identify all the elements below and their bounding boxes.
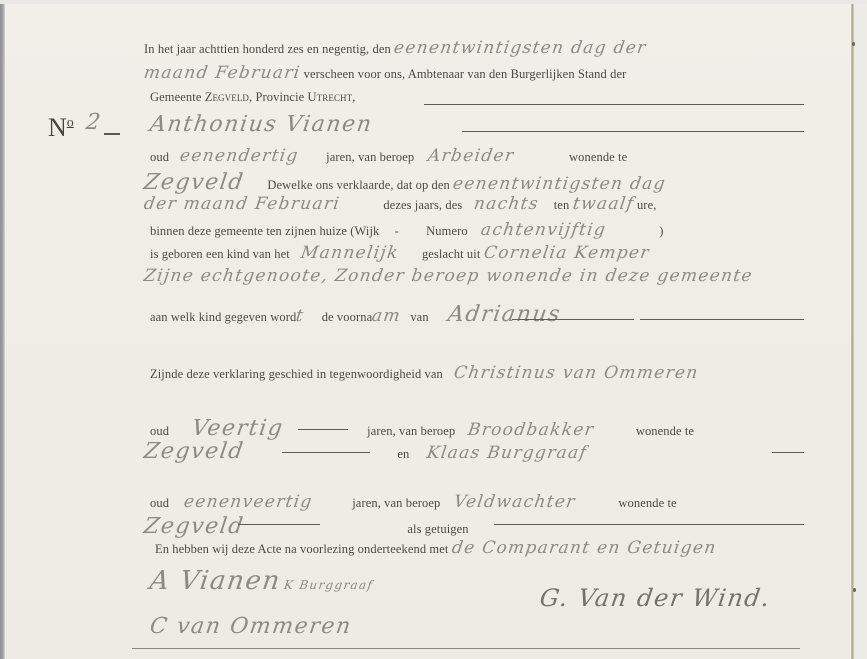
printed-text: ure, xyxy=(637,198,657,212)
handwritten-date: eenentwintigsten dag der xyxy=(393,38,648,58)
printed-text: aan welk kind gegeven word xyxy=(150,310,296,324)
birth-day: eenentwintigsten dag xyxy=(452,174,668,194)
fill-in-rule xyxy=(640,319,804,320)
witness-1-residence: Zegveld xyxy=(142,439,246,464)
printed-text: Dewelke ons verklaarde, dat op den xyxy=(267,178,450,192)
line-10: Zijne echtgenoote, Zonder beroep wonende… xyxy=(144,266,753,286)
printed-text: geslacht uit xyxy=(422,247,480,261)
child-sex: Mannelijk xyxy=(300,243,400,263)
declarant-name: Anthonius Vianen xyxy=(148,112,374,137)
line-1: In het jaar achttien honderd zes en nege… xyxy=(144,38,647,58)
closing-rule xyxy=(132,648,800,649)
printed-text: is geboren een kind van het xyxy=(150,247,290,261)
fill-in-rule xyxy=(282,452,370,453)
printed-text: jaren, van beroep xyxy=(352,496,440,510)
witness-2-residence: Zegveld xyxy=(142,514,246,539)
line-7: der maand Februari dezes jaars, des nach… xyxy=(144,194,656,214)
line-6: Zegveld Dewelke ons verklaarde, dat op d… xyxy=(144,170,666,195)
wijk-value: - xyxy=(395,224,399,238)
printed-text: ten xyxy=(554,198,570,212)
line-4: Anthonius Vianen xyxy=(150,112,373,137)
record-number-label: No xyxy=(48,113,74,143)
line-16: Zegveld als getuigen xyxy=(144,514,469,539)
printed-text: dezes jaars, des xyxy=(383,198,462,212)
printed-text: , Provincie xyxy=(249,90,307,104)
declarant-age: eenendertig xyxy=(179,146,300,166)
signatories-note: de Comparant en Getuigen xyxy=(450,538,717,558)
witness-1-name: Christinus van Ommeren xyxy=(453,363,700,383)
printed-text: de voorna xyxy=(322,310,373,324)
fill-in-rule xyxy=(424,104,804,105)
line-13: oud Veertig jaren, van beroep Broodbakke… xyxy=(150,416,694,441)
printed-text: als getuigen xyxy=(407,522,468,536)
line-2: maand Februari verscheen voor ons, Ambte… xyxy=(144,63,626,83)
line-5: oud eenendertig jaren, van beroep Arbeid… xyxy=(150,146,627,166)
line-11: aan welk kind gegeven wordt de voornaam … xyxy=(150,302,561,327)
printed-text: ) xyxy=(659,224,663,238)
mother-details: Zijne echtgenoote, Zonder beroep wonende… xyxy=(143,266,755,286)
printed-text: verscheen voor ons, Ambtenaar van den Bu… xyxy=(304,67,627,81)
signature-1-note: K Burggraaf xyxy=(283,578,374,592)
page-right-margin xyxy=(854,4,867,659)
fill-in-rule xyxy=(512,319,634,320)
fill-in-rule xyxy=(462,131,804,132)
birth-time-of-day: nachts xyxy=(472,194,540,214)
paper-speck xyxy=(852,42,855,46)
printed-text: wonende te xyxy=(569,150,627,164)
paper-speck xyxy=(853,588,856,592)
printed-text: wonende te xyxy=(618,496,676,510)
signature-3: C van Ommeren xyxy=(150,614,352,639)
mother-name: Cornelia Kemper xyxy=(482,243,651,263)
line-9: is geboren een kind van het Mannelijk ge… xyxy=(150,243,649,263)
number-dash xyxy=(104,133,120,135)
printed-text: van xyxy=(410,310,428,324)
witness-2-age: eenenveertig xyxy=(183,492,314,512)
printed-text: Gemeente xyxy=(150,90,205,104)
printed-text: en xyxy=(397,447,409,461)
line-17: En hebben wij deze Acte na voorlezing on… xyxy=(155,538,716,558)
witness-1-age: Veertig xyxy=(191,416,286,441)
page-left-edge xyxy=(0,4,5,659)
printed-text: En hebben wij deze Acte na voorlezing on… xyxy=(155,542,448,556)
birth-hour: twaalf xyxy=(571,194,635,214)
fill-in-rule xyxy=(494,524,804,525)
printed-text: oud xyxy=(150,150,169,164)
municipality-name: Zegveld xyxy=(205,90,249,104)
birth-month: der maand Februari xyxy=(143,194,342,214)
fill-in-rule xyxy=(238,524,320,525)
printed-text: binnen deze gemeente ten zijnen huize (W… xyxy=(150,224,379,238)
handwritten-month: maand Februari xyxy=(143,63,302,83)
printed-text: wonende te xyxy=(636,424,694,438)
child-first-name: Adrianus xyxy=(446,302,563,327)
fill-in-rule xyxy=(772,452,804,453)
line-3: Gemeente Zegveld, Provincie Utrecht, xyxy=(150,90,355,105)
scanned-document-page xyxy=(0,4,867,659)
printed-text: oud xyxy=(150,496,169,510)
province-name: Utrecht xyxy=(308,90,353,104)
witness-2-profession: Veldwachter xyxy=(452,492,576,512)
fill-in-rule xyxy=(298,429,348,430)
handwritten-suffix: am xyxy=(371,306,403,326)
line-12: Zijnde deze verklaring geschied in tegen… xyxy=(150,363,699,383)
printed-text: Zijnde deze verklaring geschied in tegen… xyxy=(150,367,443,381)
witness-1-profession: Broodbakker xyxy=(467,420,596,440)
printed-text: Numero xyxy=(426,224,468,238)
declarant-profession: Arbeider xyxy=(426,146,515,166)
handwritten-suffix: t xyxy=(295,306,306,326)
witness-2-name: Klaas Burggraaf xyxy=(425,443,588,463)
printed-text: , xyxy=(352,90,355,104)
line-8: binnen deze gemeente ten zijnen huize (W… xyxy=(150,220,664,240)
signature-1: A Vianen K Burggraaf xyxy=(150,566,373,596)
printed-text: In het jaar achttien honderd zes en nege… xyxy=(144,42,391,56)
house-number: achtenvijftig xyxy=(480,220,608,240)
printed-text: jaren, van beroep xyxy=(326,150,414,164)
printed-text: jaren, van beroep xyxy=(367,424,455,438)
signature-2: G. Van der Wind. xyxy=(540,584,771,612)
declarant-residence: Zegveld xyxy=(142,170,246,195)
printed-text: oud xyxy=(150,424,169,438)
line-15: oud eenenveertig jaren, van beroep Veldw… xyxy=(150,492,677,512)
